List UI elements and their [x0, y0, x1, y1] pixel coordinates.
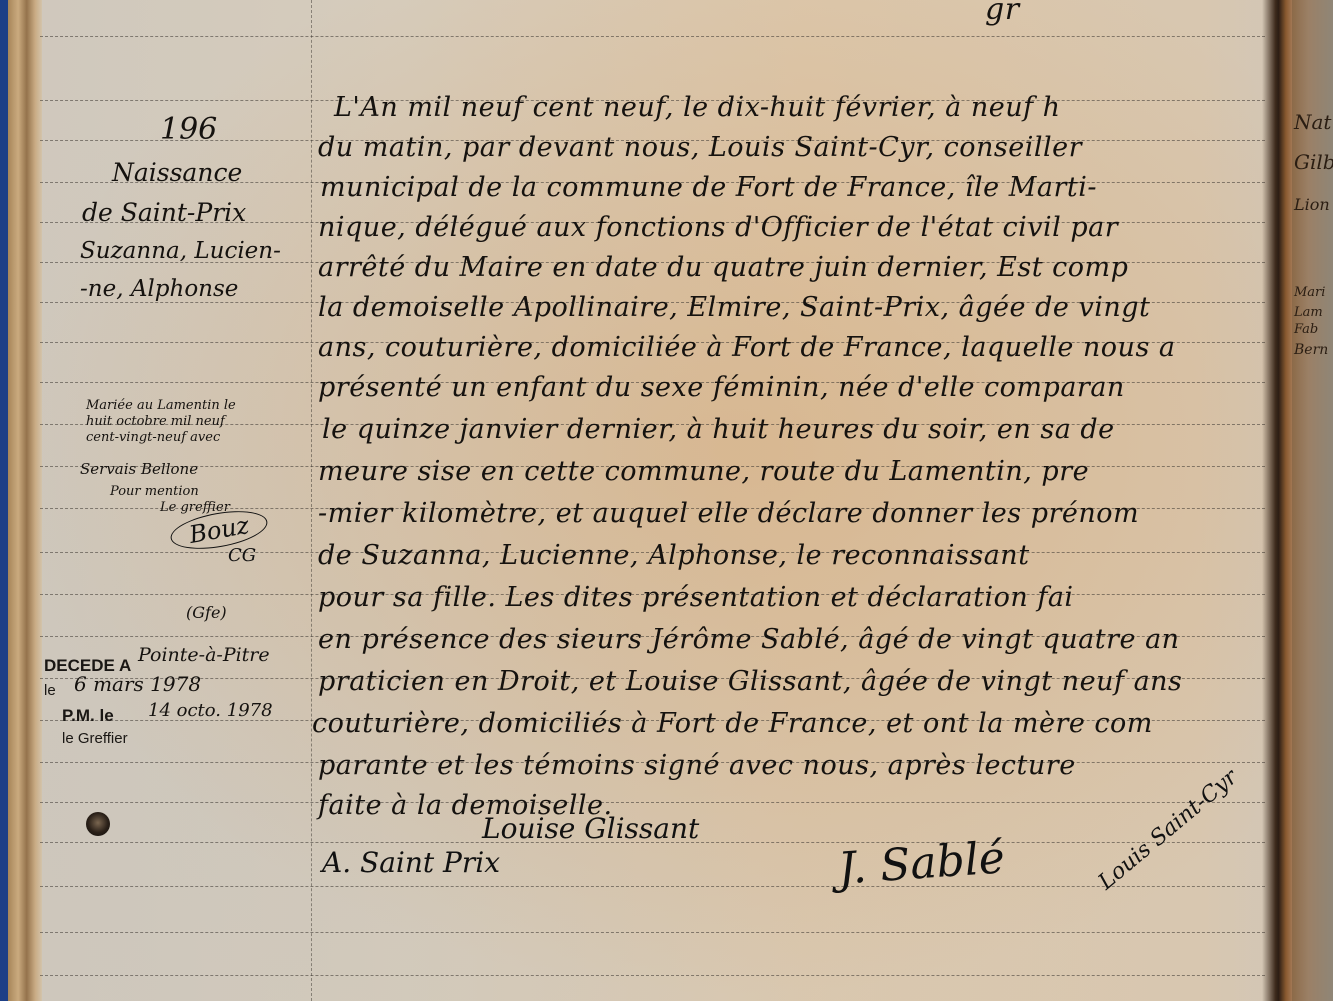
body-line: présenté un enfant du sexe féminin, née …	[318, 372, 1125, 403]
margin-heading-line: de Saint-Prix	[82, 198, 246, 227]
margin-heading-line: Suzanna, Lucien-	[80, 238, 281, 264]
body-line: de Suzanna, Lucienne, Alphonse, le recon…	[318, 540, 1030, 571]
pm-date: 14 octo. 1978	[148, 700, 273, 721]
body-line: en présence des sieurs Jérôme Sablé, âgé…	[318, 624, 1180, 655]
ruled-line	[40, 975, 1265, 976]
body-line: couturière, domiciliés à Fort de France,…	[312, 708, 1153, 739]
ruled-line	[40, 932, 1265, 933]
pm-label: P.M. le	[62, 706, 114, 726]
marriage-note-line: Servais Bellone	[80, 460, 198, 478]
facing-page-fragment: Fab	[1294, 322, 1318, 337]
marriage-note-line: Pour mention	[110, 484, 199, 499]
ruled-line	[40, 36, 1265, 37]
facing-page-fragment: Bern	[1294, 342, 1328, 358]
body-line: le quinze janvier dernier, à huit heures…	[322, 414, 1115, 445]
stamp-annotation: (Gfe)	[186, 603, 227, 622]
ruled-line	[40, 802, 1265, 803]
body-line: du matin, par devant nous, Louis Saint-C…	[318, 132, 1082, 163]
facing-page-fragment: Lam	[1294, 305, 1323, 320]
top-fragment: gr	[985, 0, 1020, 27]
body-line: -mier kilomètre, et auquel elle déclare …	[318, 498, 1139, 529]
margin-heading-line: Naissance	[112, 158, 242, 187]
body-line: municipal de la commune de Fort de Franc…	[320, 172, 1097, 203]
act-number: 196	[160, 112, 217, 147]
body-line: L'An mil neuf cent neuf, le dix-huit fév…	[334, 92, 1061, 123]
facing-page-fragment: Lion	[1294, 195, 1330, 214]
body-line: la demoiselle Apollinaire, Elmire, Saint…	[318, 292, 1150, 323]
greffier-label: le Greffier	[62, 730, 128, 747]
wax-seal-dot	[86, 812, 110, 836]
body-line: praticien en Droit, et Louise Glissant, …	[318, 666, 1182, 697]
body-line: nique, délégué aux fonctions d'Officier …	[318, 212, 1118, 243]
body-line: arrêté du Maire en date du quatre juin d…	[318, 252, 1128, 283]
marriage-note-line: Mariée au Lamentin le	[86, 398, 236, 413]
death-date: 6 mars 1978	[74, 672, 201, 696]
marriage-note-line: cent-vingt-neuf avec	[86, 430, 220, 445]
facing-page-fragment: Nat	[1294, 110, 1331, 134]
body-line: meure sise en cette commune, route du La…	[318, 456, 1089, 487]
margin-heading-line: -ne, Alphonse	[80, 276, 238, 302]
deceded-place: Pointe-à-Pitre	[138, 644, 270, 666]
body-line: parante et les témoins signé avec nous, …	[318, 750, 1076, 781]
binding-gutter	[1262, 0, 1292, 1001]
signature-mother: A. Saint Prix	[322, 846, 500, 879]
le-label: le	[44, 682, 56, 699]
signature-louise-glissant: Louise Glissant	[482, 812, 699, 845]
body-line: ans, couturière, domiciliée à Fort de Fr…	[318, 332, 1175, 363]
facing-page-fragment: Mari	[1294, 285, 1325, 300]
body-line: pour sa fille. Les dites présentation et…	[318, 582, 1074, 613]
ruled-line	[40, 886, 1265, 887]
facing-page-fragment: Gilb	[1294, 150, 1333, 174]
marriage-note-line: huit octobre mil neuf	[86, 414, 225, 429]
margin-rule	[311, 0, 312, 1001]
worn-page-edge	[8, 0, 42, 1001]
greffier-initials: CG	[228, 545, 256, 566]
